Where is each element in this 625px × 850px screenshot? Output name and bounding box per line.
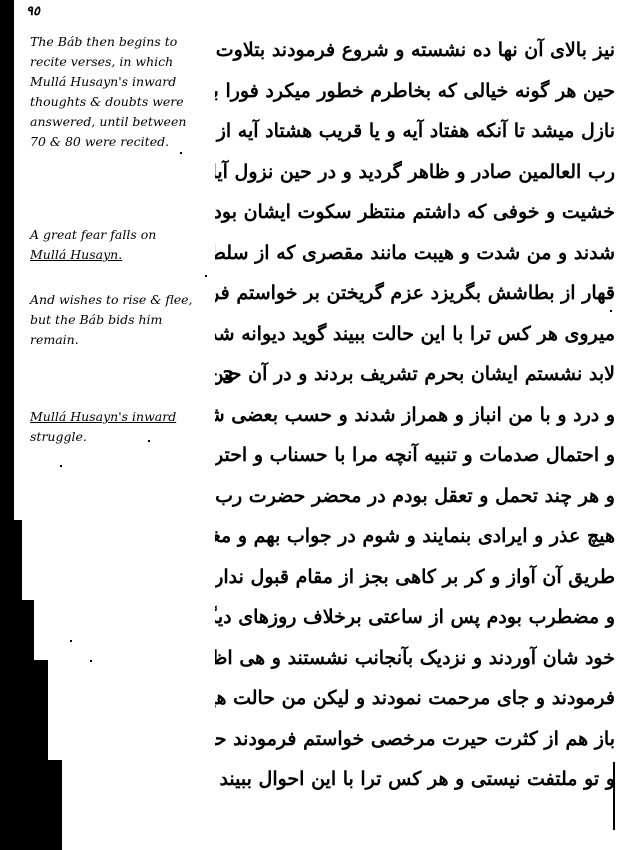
manuscript-line: و تو ملتفت نیستی و هر کس ترا با این احوا… [215,759,615,800]
manuscript-line: حین هر گونه خیالی که بخاطرم خطور میکرد ف… [215,71,615,112]
margin-note-great-fear: A great fear falls on Mullá Husayn. [30,225,210,265]
manuscript-line: هیچ عذر و ایرادی بنمایند و شوم در جواب ب… [215,516,615,557]
manuscript-line: نازل میشد تا آنکه هفتاد آیه و یا قریب هش… [215,111,615,152]
manuscript-line: طریق آن آواز و کر بر کاهی بجز از مقام قب… [215,557,615,598]
scan-speck [60,465,62,467]
manuscript-line: خود شان آوردند و نزدیک بآنجانب نشستند و … [215,638,615,679]
margin-note-line-underlined: Mullá Husayn. [30,245,210,265]
manuscript-line: و احتمال صدمات و تنبیه آنچه مرا با حسناب… [215,435,615,476]
scan-speck [180,152,182,154]
margin-rule-mark [613,762,615,830]
scan-speck [148,440,150,442]
manuscript-line: نیز بالای آن نها ده نشسته و شروع فرمودند… [215,30,615,71]
manuscript-line: شدند و من شدت و هیبت مانند مقصری که از س… [215,233,615,274]
margin-note-line: A great fear falls on [30,225,210,245]
manuscript-line: میروی هر کس ترا با این حالت ببیند گوید د… [215,314,615,355]
margin-note-line: The Báb then begins to [30,32,210,52]
manuscript-line: باز هم از کثرت حیرت مرخصی خواستم فرمودند… [215,719,615,760]
manuscript-line: قهار از بطاشش بگریزد عزم گریختن بر خواست… [215,273,615,314]
margin-note-line: thoughts & doubts were [30,92,210,112]
margin-note-line: 70 & 80 were recited. [30,132,210,152]
scan-speck [70,640,72,642]
margin-note-line-underlined: Mullá Husayn's inward [30,407,210,427]
manuscript-line: و هر چند تحمل و تعقل بودم در محضر حضرت ر… [215,476,615,517]
margin-note-verses-recited: The Báb then begins to recite verses, in… [30,32,210,152]
inline-marker: 3 [222,367,235,388]
scanned-binding-edge [0,0,14,850]
manuscript-line: و درد و با من انباز و همراز شدند و حسب ب… [215,395,615,436]
margin-note-line: but the Báb bids him [30,310,210,330]
manuscript-line: رب العالمین صادر و ظاهر گردید و در حین ن… [215,152,615,193]
margin-note-line: remain. [30,330,210,350]
manuscript-line: و مضطرب بودم پس از ساعتی برخلاف روزهای د… [215,597,615,638]
margin-note-line: recite verses, in which [30,52,210,72]
scan-speck [610,310,612,312]
page-number: ٩٥ [26,4,40,19]
scan-speck [90,660,92,662]
scan-shadow [0,760,62,850]
scan-shadow [0,520,22,610]
scan-speck [205,275,207,277]
manuscript-page: ٩٥ The Báb then begins to recite verses,… [0,0,625,850]
manuscript-line: خشیت و خوفی که داشتم منتظر سکوت ایشان بو… [215,192,615,233]
manuscript-line: لابد نشستم ایشان بحرم تشریف بردند و در آ… [215,354,615,395]
margin-note-line: answered, until between [30,112,210,132]
margin-note-line: struggle. [30,427,210,447]
persian-manuscript-text: نیز بالای آن نها ده نشسته و شروع فرمودند… [215,30,615,800]
margin-note-line: And wishes to rise & flee, [30,290,210,310]
margin-note-inward-struggle: Mullá Husayn's inward struggle. [30,407,210,447]
margin-note-wishes-to-flee: And wishes to rise & flee, but the Báb b… [30,290,210,350]
margin-note-line: Mullá Husayn's inward [30,72,210,92]
scan-shadow [0,660,48,770]
manuscript-line: فرمودند و جای مرحمت نمودند و لیکن من حال… [215,678,615,719]
